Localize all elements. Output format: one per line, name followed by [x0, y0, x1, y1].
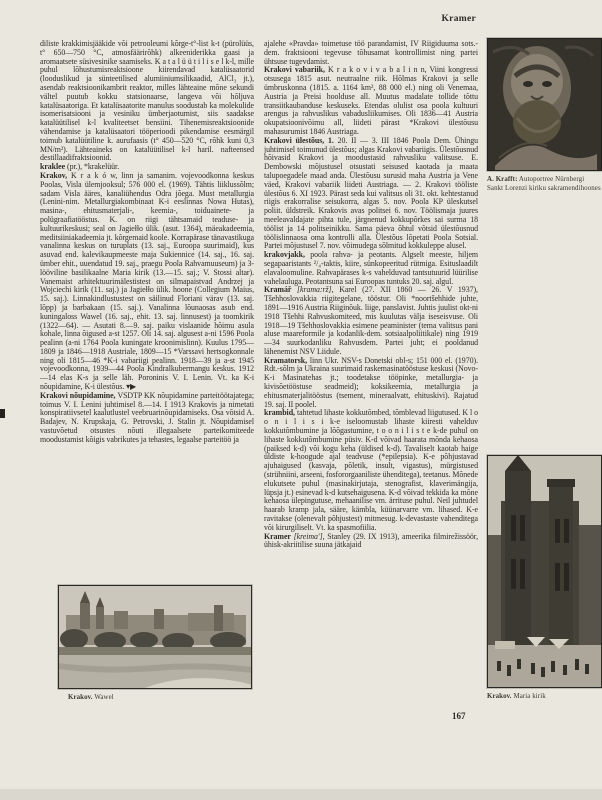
text-column-right: ajalehe «Pravda» toimetuse töö parandami…: [264, 40, 478, 756]
krafft-selfportrait-photo: [487, 38, 602, 171]
caption-maria-kirik: Krakov. Maria kirik: [487, 692, 602, 701]
entry-krakovi-ulestous: Krakovi ülestõus, 1. 20. II — 3. III 184…: [264, 137, 478, 251]
scan-edge-artifact: [0, 409, 5, 418]
scan-bottom-band: [0, 789, 602, 800]
caption-wawel: Krakov. Wawel: [58, 693, 252, 702]
entry-kramer: Kramer [kreima'], Stanley (29. IX 1913),…: [264, 533, 478, 551]
entry-krakovi-vabariik: Krakovi vabariik, K r a k o v i v a b a …: [264, 66, 478, 136]
encyclopedia-page: Kramer diliste krakkimisjääkide või petr…: [0, 0, 602, 800]
maria-kirik-photo: [487, 455, 602, 688]
running-head: Kramer: [264, 14, 476, 24]
entry-kramar: Kramář [krama:rž], Karel (27. XII 1860 —…: [264, 286, 478, 356]
figure-krafft-selfportrait: A. Krafft: Autoportree Nürnbergi Sankt L…: [487, 38, 602, 193]
entry-kramatorsk: Kramatorsk, linn Ukr. NSV-s Donetski obl…: [264, 357, 478, 410]
page-number: 167: [452, 711, 466, 721]
entry-krakov: Krakov, K r a k ó w, linn ja samanim. vo…: [40, 172, 254, 392]
figure-maria-kirik: Krakov. Maria kirik: [487, 455, 602, 701]
entry-continuation-noupidamine: ajalehe «Pravda» toimetuse töö parandami…: [264, 40, 478, 66]
figure-wawel: Krakov. Wawel: [58, 585, 252, 702]
wawel-photo: [58, 585, 252, 689]
entry-krakovi-noupidamine: Krakovi nõupidamine, VSDTP KK nõupidamin…: [40, 392, 254, 445]
entry-krambid: krambid, tahtetud lihaste kokkutõmbed, t…: [264, 409, 478, 532]
entry-continuation-krakkimine: diliste krakkimisjääkide või petrooleumi…: [40, 40, 254, 163]
text-column-left: diliste krakkimisjääkide või petrooleumi…: [40, 40, 254, 583]
entry-krakovjakk: krakovjakk, poola rahva- ja peotants. Al…: [264, 251, 478, 286]
caption-krafft: A. Krafft: Autoportree Nürnbergi Sankt L…: [487, 175, 602, 193]
